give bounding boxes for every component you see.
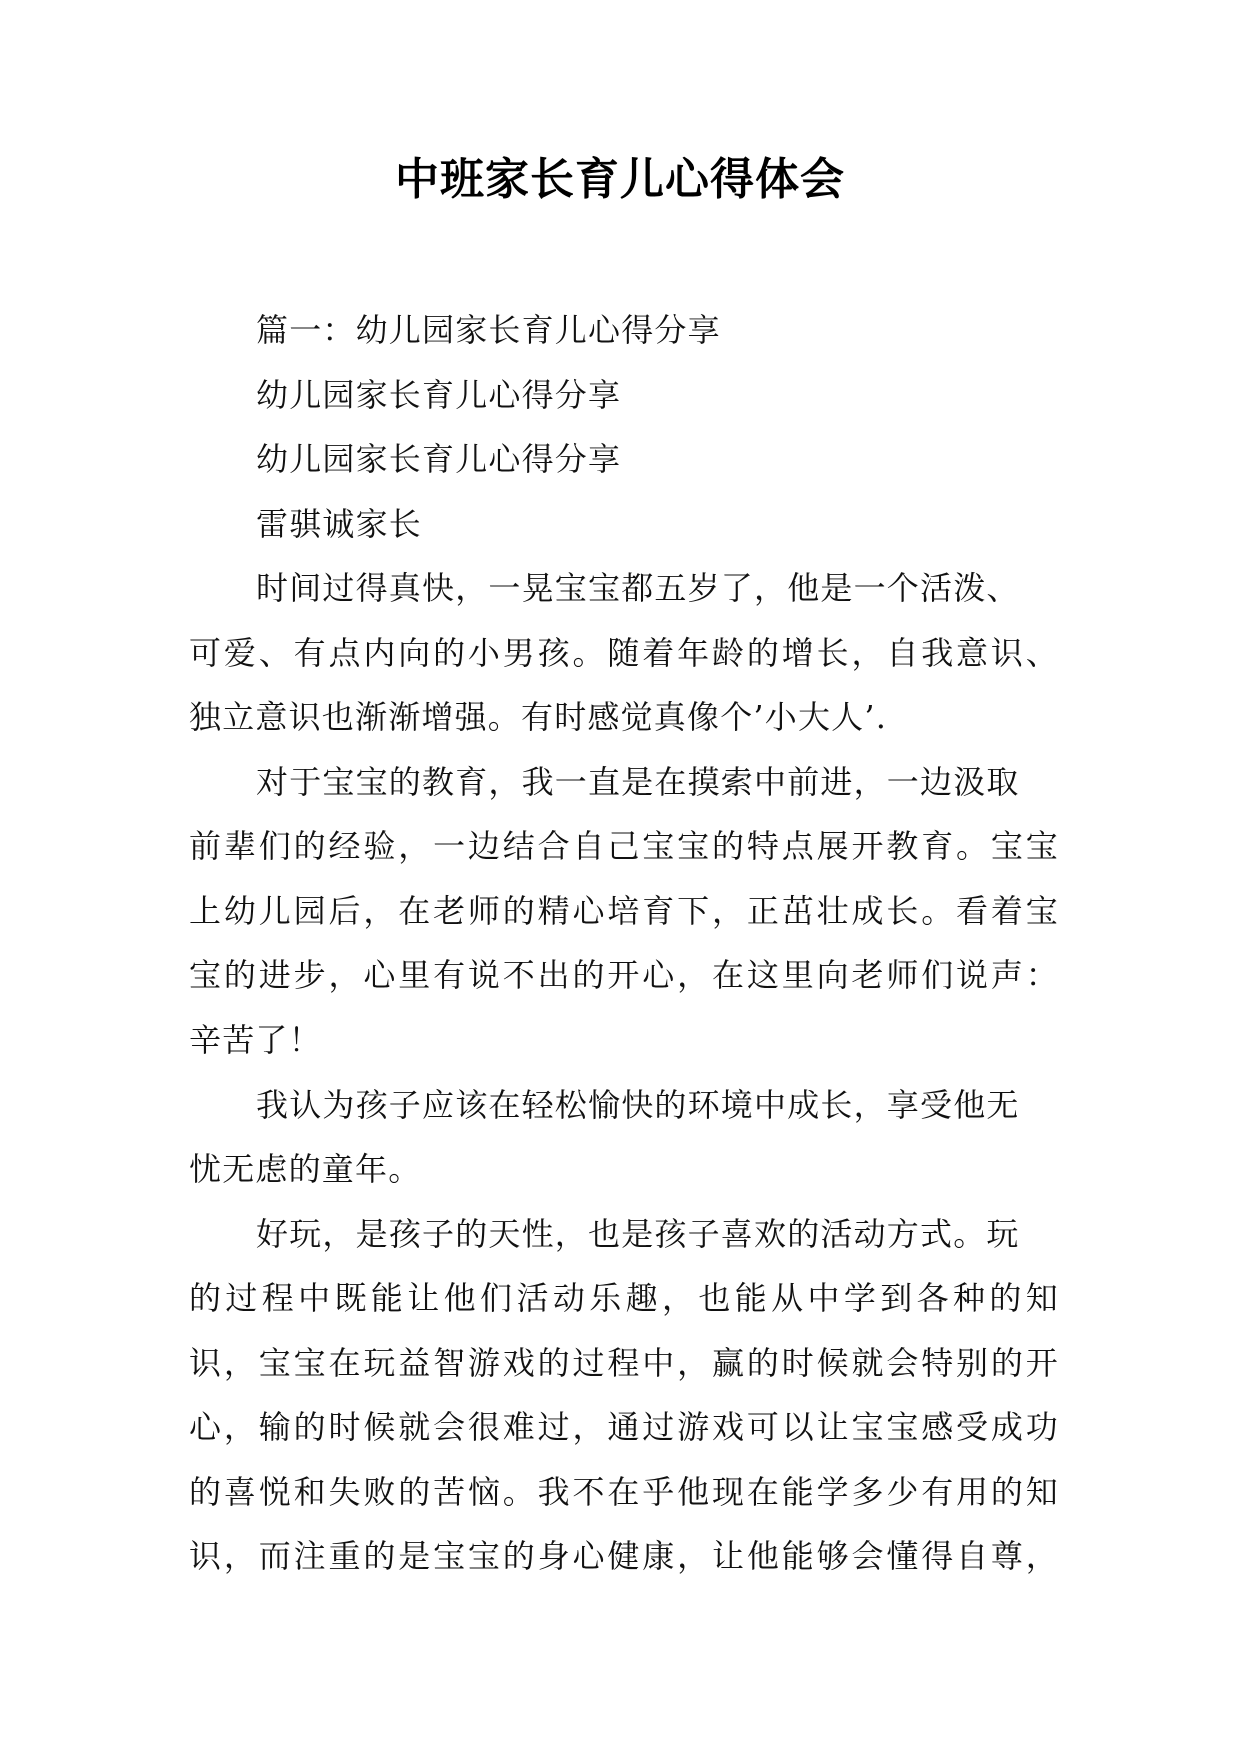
paragraph-line: 独立意识也渐渐增强。有时感觉真像个’小大人’. — [189, 695, 1059, 739]
document-page: 中班家长育儿心得体会 篇一：幼儿园家长育儿心得分享 幼儿园家长育儿心得分享 幼儿… — [0, 0, 1240, 1753]
paragraph-line: 识，宝宝在玩益智游戏的过程中，赢的时候就会特别的开 — [189, 1341, 1059, 1385]
paragraph-line: 对于宝宝的教育，我一直是在摸索中前进，一边汲取 — [256, 760, 1126, 804]
paragraph-line: 辛苦了！ — [189, 1018, 1059, 1062]
subtitle-line: 幼儿园家长育儿心得分享 — [256, 437, 1126, 481]
section-heading: 篇一：幼儿园家长育儿心得分享 — [256, 308, 1126, 352]
paragraph-line: 忧无虑的童年。 — [189, 1147, 1059, 1191]
paragraph-line: 的过程中既能让他们活动乐趣，也能从中学到各种的知 — [189, 1276, 1059, 1320]
author-line: 雷骐诚家长 — [256, 502, 1126, 546]
subtitle-line: 幼儿园家长育儿心得分享 — [256, 373, 1126, 417]
paragraph-line: 识，而注重的是宝宝的身心健康，让他能够会懂得自尊， — [189, 1534, 1059, 1578]
paragraph-line: 上幼儿园后，在老师的精心培育下，正茁壮成长。看着宝 — [189, 889, 1059, 933]
paragraph-line: 的喜悦和失败的苦恼。我不在乎他现在能学多少有用的知 — [189, 1470, 1059, 1514]
paragraph-line: 可爱、有点内向的小男孩。随着年龄的增长，自我意识、 — [189, 631, 1059, 675]
paragraph-line: 心，输的时候就会很难过，通过游戏可以让宝宝感受成功 — [189, 1405, 1059, 1449]
document-title: 中班家长育儿心得体会 — [0, 152, 1240, 208]
paragraph-line: 时间过得真快，一晃宝宝都五岁了，他是一个活泼、 — [256, 566, 1126, 610]
paragraph-line: 我认为孩子应该在轻松愉快的环境中成长，享受他无 — [256, 1083, 1126, 1127]
paragraph-line: 宝的进步，心里有说不出的开心，在这里向老师们说声： — [189, 953, 1059, 997]
paragraph-line: 前辈们的经验，一边结合自己宝宝的特点展开教育。宝宝 — [189, 824, 1059, 868]
paragraph-line: 好玩，是孩子的天性，也是孩子喜欢的活动方式。玩 — [256, 1212, 1126, 1256]
